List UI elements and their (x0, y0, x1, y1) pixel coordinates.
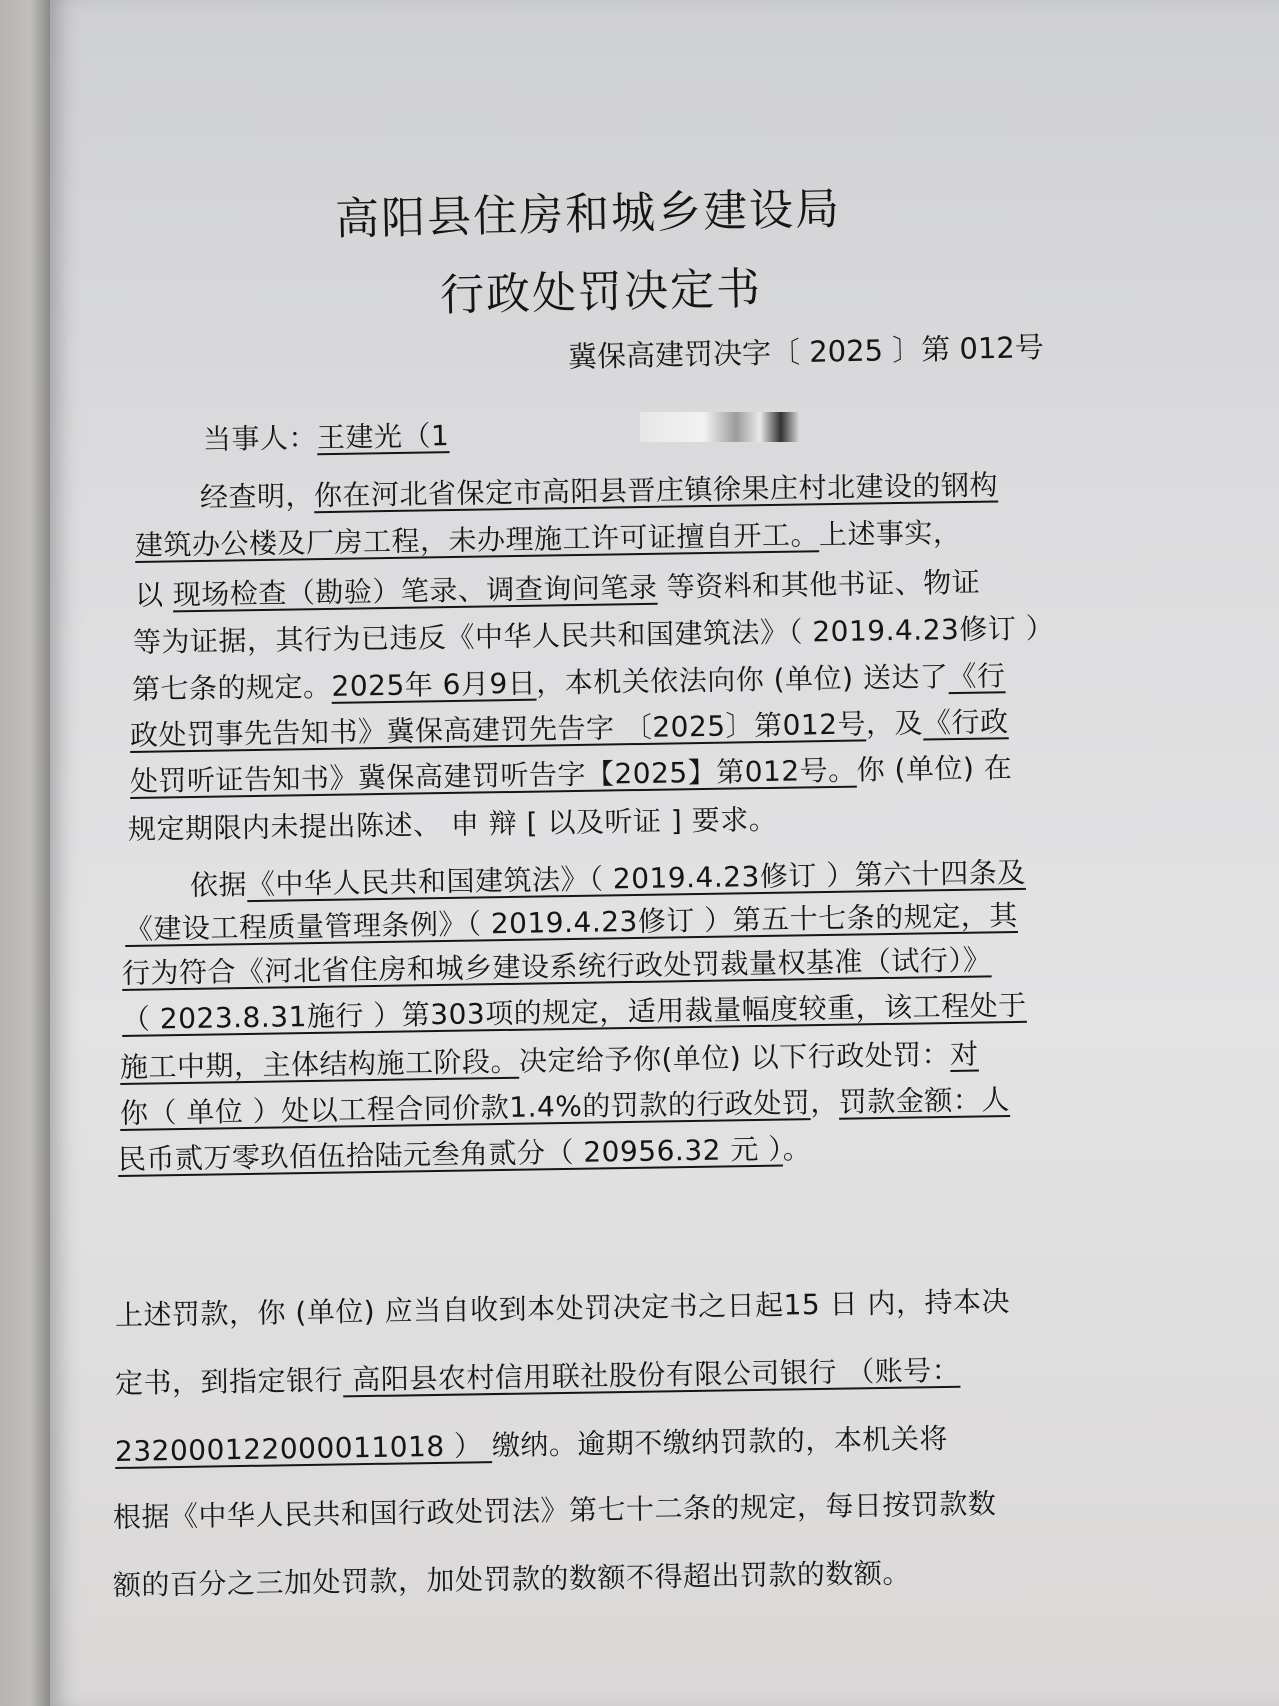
text-span: ， (810, 1086, 839, 1119)
underlined-text: 《行政 (923, 705, 1009, 739)
underlined-text: 2025年 6月9日 (331, 667, 536, 703)
text-span: 第七条的规定。 (132, 670, 332, 706)
underlined-text: 现场检查（勘验）笔录、调查询问笔录 (173, 571, 658, 612)
text-span: 决定给予你(单位) 以下行政处罚： (519, 1038, 951, 1078)
text-span: 。 (782, 1132, 811, 1165)
redaction-mosaic (640, 412, 800, 442)
binding-edge (0, 0, 50, 1706)
text-span: 经查明， (200, 479, 315, 514)
underlined-text: 罚款金额：人 (839, 1083, 1011, 1119)
party-name: 王建光（1 (317, 419, 450, 454)
text-span: ，本机关依法向你 (单位) 送达了 (536, 660, 949, 699)
text-span: 上述事实， (819, 516, 962, 551)
party-line: 当事人：王建光（1 (203, 418, 450, 458)
underlined-text: 施工中期，主体结构施工阶段。 (120, 1045, 519, 1084)
text-span: ，及 (866, 707, 924, 741)
document-title: 行政处罚决定书 (439, 253, 762, 324)
underlined-text: 232000122000011018 ） (115, 1429, 492, 1468)
underlined-text: 《行 (948, 659, 1006, 693)
text-span: 你 (单位) 在 (856, 751, 1012, 786)
text-span: 定书，到指定银行 (115, 1363, 344, 1400)
text-span: 以 (135, 578, 173, 612)
underlined-text: 对 (950, 1038, 979, 1071)
issuer-title: 高阳县住房和城乡建设局 (334, 173, 841, 248)
text-span: 缴纳。逾期不缴纳罚款的，本机关将 (492, 1422, 948, 1462)
text-span: 等资料和其他书证、物证 (657, 566, 980, 604)
underlined-text: 高阳县农村信用联社股份有限公司银行 （账号： (343, 1354, 961, 1397)
text-span: 依据 (190, 868, 248, 902)
party-label: 当事人： (203, 421, 318, 456)
